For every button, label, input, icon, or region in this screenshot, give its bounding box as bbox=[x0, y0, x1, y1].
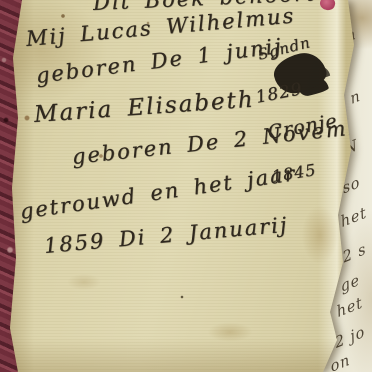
handwriting-year-1829: 1829 bbox=[254, 79, 304, 108]
handwriting-line-spouse-name: Maria Elisabeth bbox=[33, 87, 255, 128]
register-page-wrap: Dit Boek behoort A Mij Lucas Wilhelmus g… bbox=[0, 0, 372, 372]
photograph-of-register-page: h n N so het 2 s ge het 2 jo on Dit Boek… bbox=[0, 0, 372, 372]
register-page: Dit Boek behoort A Mij Lucas Wilhelmus g… bbox=[0, 0, 372, 372]
pink-stain bbox=[319, 0, 337, 12]
handwriting-line-marriage-date: 1859 Di 2 Januarij bbox=[43, 213, 289, 258]
